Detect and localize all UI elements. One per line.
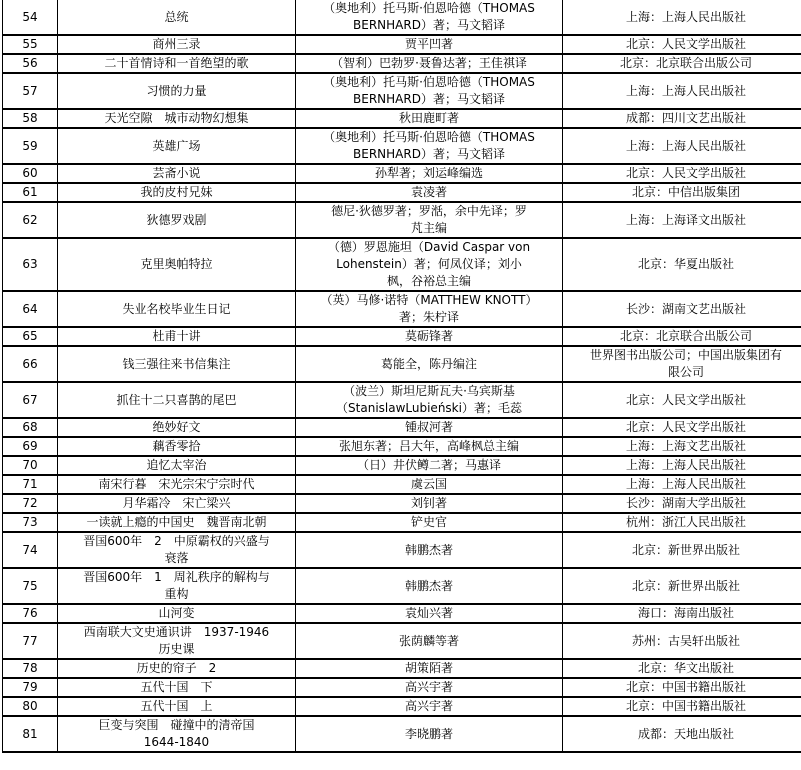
title-cell[interactable]: 五代十国 下 [58, 678, 296, 697]
publisher-cell[interactable]: 北京：人民文学出版社 [563, 35, 801, 54]
publisher-cell[interactable]: 上海：上海人民出版社 [563, 128, 801, 164]
author-cell[interactable]: 韩鹏杰著 [296, 532, 563, 568]
table-row: 76山河变袁灿兴著海口：海南出版社 [3, 604, 801, 623]
row-number-cell[interactable]: 68 [3, 418, 58, 437]
title-cell[interactable]: 晋国600年 1 周礼秩序的解构与 重构 [58, 568, 296, 604]
book-list-table: 54总统（奥地利）托马斯·伯恩哈德（THOMAS BERNHARD）著；马文韬译… [2, 0, 801, 753]
publisher-cell[interactable]: 上海：上海译文出版社 [563, 202, 801, 238]
author-cell[interactable]: （奥地利）托马斯·伯恩哈德（THOMAS BERNHARD）著；马文韬译 [296, 0, 563, 35]
title-cell[interactable]: 西南联大文史通识讲 1937-1946 历史课 [58, 623, 296, 659]
table-row: 68绝妙好文锺叔河著北京：人民文学出版社 [3, 418, 801, 437]
author-cell[interactable]: 虞云国 [296, 475, 563, 494]
table-row: 54总统（奥地利）托马斯·伯恩哈德（THOMAS BERNHARD）著；马文韬译… [3, 0, 801, 35]
author-cell[interactable]: 高兴宇著 [296, 697, 563, 716]
table-row: 77西南联大文史通识讲 1937-1946 历史课张荫麟等著苏州：古吴轩出版社 [3, 623, 801, 659]
publisher-cell[interactable]: 上海：上海人民出版社 [563, 475, 801, 494]
publisher-cell[interactable]: 上海：上海人民出版社 [563, 456, 801, 475]
author-cell[interactable]: （奥地利）托马斯·伯恩哈德（THOMAS BERNHARD）著；马文韬译 [296, 73, 563, 109]
author-cell[interactable]: 张荫麟等著 [296, 623, 563, 659]
table-row: 65杜甫十讲莫砺锋著北京：北京联合出版公司 [3, 327, 801, 346]
table-row: 79五代十国 下高兴宇著北京：中国书籍出版社 [3, 678, 801, 697]
title-cell[interactable]: 狄德罗戏剧 [58, 202, 296, 238]
title-cell[interactable]: 二十首情诗和一首绝望的歌 [58, 54, 296, 73]
row-number-cell[interactable]: 62 [3, 202, 58, 238]
title-cell[interactable]: 晋国600年 2 中原霸权的兴盛与 衰落 [58, 532, 296, 568]
row-number-cell[interactable]: 66 [3, 346, 58, 382]
table-row: 81巨变与突围 碰撞中的清帝国 1644-1840李晓鹏著成都：天地出版社 [3, 716, 801, 752]
title-cell[interactable]: 商州三录 [58, 35, 296, 54]
author-cell[interactable]: 刘钊著 [296, 494, 563, 513]
row-number-cell[interactable]: 67 [3, 382, 58, 418]
row-number-cell[interactable]: 75 [3, 568, 58, 604]
title-cell[interactable]: 杜甫十讲 [58, 327, 296, 346]
author-cell[interactable]: 韩鹏杰著 [296, 568, 563, 604]
publisher-cell[interactable]: 北京：中信出版集团 [563, 183, 801, 202]
title-cell[interactable]: 钱三强往来书信集注 [58, 346, 296, 382]
author-cell[interactable]: 葛能全，陈丹编注 [296, 346, 563, 382]
title-cell[interactable]: 克里奥帕特拉 [58, 238, 296, 291]
table-row: 70追忆太宰治（日）井伏鳟二著；马惠译上海：上海人民出版社 [3, 456, 801, 475]
table-row: 61我的皮村兄妹袁凌著北京：中信出版集团 [3, 183, 801, 202]
author-cell[interactable]: 胡策陌著 [296, 659, 563, 678]
publisher-cell[interactable]: 上海：上海人民出版社 [563, 0, 801, 35]
row-number-cell[interactable]: 59 [3, 128, 58, 164]
title-cell[interactable]: 追忆太宰治 [58, 456, 296, 475]
title-cell[interactable]: 失业名校毕业生日记 [58, 291, 296, 327]
row-number-cell[interactable]: 58 [3, 109, 58, 128]
row-number-cell[interactable]: 64 [3, 291, 58, 327]
publisher-cell[interactable]: 长沙：湖南文艺出版社 [563, 291, 801, 327]
table-row: 56二十首情诗和一首绝望的歌（智利）巴勃罗·聂鲁达著；王佳祺译北京：北京联合出版… [3, 54, 801, 73]
row-number-cell[interactable]: 76 [3, 604, 58, 623]
title-cell[interactable]: 抓住十二只喜鹊的尾巴 [58, 382, 296, 418]
publisher-cell[interactable]: 北京：人民文学出版社 [563, 164, 801, 183]
publisher-cell[interactable]: 上海：上海人民出版社 [563, 73, 801, 109]
publisher-cell[interactable]: 北京：北京联合出版公司 [563, 327, 801, 346]
row-number-cell[interactable]: 65 [3, 327, 58, 346]
table-row: 66钱三强往来书信集注葛能全，陈丹编注世界图书出版公司；中国出版集团有 限公司 [3, 346, 801, 382]
publisher-cell[interactable]: 北京：华夏出版社 [563, 238, 801, 291]
row-number-cell[interactable]: 72 [3, 494, 58, 513]
author-cell[interactable]: 贾平凹著 [296, 35, 563, 54]
publisher-cell[interactable]: 北京：中国书籍出版社 [563, 697, 801, 716]
row-number-cell[interactable]: 79 [3, 678, 58, 697]
table-row: 58天光空隙 城市动物幻想集秋田鹿町著成都：四川文艺出版社 [3, 109, 801, 128]
table-row: 69藕香零拾张旭东著；吕大年，高峰枫总主编上海：上海文艺出版社 [3, 437, 801, 456]
author-cell[interactable]: 莫砺锋著 [296, 327, 563, 346]
title-cell[interactable]: 绝妙好文 [58, 418, 296, 437]
row-number-cell[interactable]: 73 [3, 513, 58, 532]
title-cell[interactable]: 巨变与突围 碰撞中的清帝国 1644-1840 [58, 716, 296, 752]
row-number-cell[interactable]: 63 [3, 238, 58, 291]
author-cell[interactable]: 李晓鹏著 [296, 716, 563, 752]
publisher-cell[interactable]: 世界图书出版公司；中国出版集团有 限公司 [563, 346, 801, 382]
publisher-cell[interactable]: 北京：华文出版社 [563, 659, 801, 678]
publisher-cell[interactable]: 苏州：古吴轩出版社 [563, 623, 801, 659]
title-cell[interactable]: 山河变 [58, 604, 296, 623]
title-cell[interactable]: 习惯的力量 [58, 73, 296, 109]
author-cell[interactable]: 孙犁著；刘运峰编选 [296, 164, 563, 183]
table-row: 67抓住十二只喜鹊的尾巴（波兰）斯坦尼斯瓦夫·乌宾斯基 （StanislawLu… [3, 382, 801, 418]
author-cell[interactable]: （德）罗恩施坦（David Caspar von Lohenstein）著；何凤… [296, 238, 563, 291]
author-cell[interactable]: 张旭东著；吕大年，高峰枫总主编 [296, 437, 563, 456]
author-cell[interactable]: 袁灿兴著 [296, 604, 563, 623]
row-number-cell[interactable]: 61 [3, 183, 58, 202]
row-number-cell[interactable]: 77 [3, 623, 58, 659]
table-row: 72月华霜冷 宋亡梁兴刘钊著长沙：湖南大学出版社 [3, 494, 801, 513]
table-row: 57习惯的力量（奥地利）托马斯·伯恩哈德（THOMAS BERNHARD）著；马… [3, 73, 801, 109]
author-cell[interactable]: （奥地利）托马斯·伯恩哈德（THOMAS BERNHARD）著；马文韬译 [296, 128, 563, 164]
author-cell[interactable]: （波兰）斯坦尼斯瓦夫·乌宾斯基 （StanislawLubieński）著；毛蕊 [296, 382, 563, 418]
author-cell[interactable]: 秋田鹿町著 [296, 109, 563, 128]
publisher-cell[interactable]: 北京：新世界出版社 [563, 532, 801, 568]
publisher-cell[interactable]: 北京：人民文学出版社 [563, 382, 801, 418]
title-cell[interactable]: 历史的帘子 2 [58, 659, 296, 678]
row-number-cell[interactable]: 78 [3, 659, 58, 678]
title-cell[interactable]: 英雄广场 [58, 128, 296, 164]
author-cell[interactable]: 袁凌著 [296, 183, 563, 202]
table-row: 63克里奥帕特拉（德）罗恩施坦（David Caspar von Lohenst… [3, 238, 801, 291]
author-cell[interactable]: 德尼·狄德罗著；罗湉，余中先译；罗 芃主编 [296, 202, 563, 238]
book-table-body: 54总统（奥地利）托马斯·伯恩哈德（THOMAS BERNHARD）著；马文韬译… [3, 0, 801, 752]
row-number-cell[interactable]: 80 [3, 697, 58, 716]
publisher-cell[interactable]: 北京：人民文学出版社 [563, 418, 801, 437]
table-row: 75晋国600年 1 周礼秩序的解构与 重构韩鹏杰著北京：新世界出版社 [3, 568, 801, 604]
row-number-cell[interactable]: 69 [3, 437, 58, 456]
table-row: 55商州三录贾平凹著北京：人民文学出版社 [3, 35, 801, 54]
title-cell[interactable]: 一读就上瘾的中国史 魏晋南北朝 [58, 513, 296, 532]
row-number-cell[interactable]: 57 [3, 73, 58, 109]
author-cell[interactable]: （智利）巴勃罗·聂鲁达著；王佳祺译 [296, 54, 563, 73]
title-cell[interactable]: 五代十国 上 [58, 697, 296, 716]
table-row: 60芸斋小说孙犁著；刘运峰编选北京：人民文学出版社 [3, 164, 801, 183]
title-cell[interactable]: 月华霜冷 宋亡梁兴 [58, 494, 296, 513]
row-number-cell[interactable]: 71 [3, 475, 58, 494]
title-cell[interactable]: 我的皮村兄妹 [58, 183, 296, 202]
author-cell[interactable]: 锺叔河著 [296, 418, 563, 437]
title-cell[interactable]: 总统 [58, 0, 296, 35]
table-row: 64失业名校毕业生日记（英）马修·诺特（MATTHEW KNOTT） 著；朱柠译… [3, 291, 801, 327]
row-number-cell[interactable]: 54 [3, 0, 58, 35]
publisher-cell[interactable]: 北京：北京联合出版公司 [563, 54, 801, 73]
author-cell[interactable]: （英）马修·诺特（MATTHEW KNOTT） 著；朱柠译 [296, 291, 563, 327]
table-row: 62狄德罗戏剧德尼·狄德罗著；罗湉，余中先译；罗 芃主编上海：上海译文出版社 [3, 202, 801, 238]
publisher-cell[interactable]: 成都：天地出版社 [563, 716, 801, 752]
title-cell[interactable]: 南宋行暮 宋光宗宋宁宗时代 [58, 475, 296, 494]
publisher-cell[interactable]: 杭州：浙江人民出版社 [563, 513, 801, 532]
publisher-cell[interactable]: 北京：新世界出版社 [563, 568, 801, 604]
row-number-cell[interactable]: 81 [3, 716, 58, 752]
publisher-cell[interactable]: 长沙：湖南大学出版社 [563, 494, 801, 513]
table-row: 74晋国600年 2 中原霸权的兴盛与 衰落韩鹏杰著北京：新世界出版社 [3, 532, 801, 568]
row-number-cell[interactable]: 74 [3, 532, 58, 568]
title-cell[interactable]: 芸斋小说 [58, 164, 296, 183]
publisher-cell[interactable]: 海口：海南出版社 [563, 604, 801, 623]
table-row: 73一读就上瘾的中国史 魏晋南北朝铲史官杭州：浙江人民出版社 [3, 513, 801, 532]
publisher-cell[interactable]: 北京：中国书籍出版社 [563, 678, 801, 697]
row-number-cell[interactable]: 55 [3, 35, 58, 54]
title-cell[interactable]: 天光空隙 城市动物幻想集 [58, 109, 296, 128]
author-cell[interactable]: 高兴宇著 [296, 678, 563, 697]
table-row: 59英雄广场（奥地利）托马斯·伯恩哈德（THOMAS BERNHARD）著；马文… [3, 128, 801, 164]
spreadsheet-region: 54总统（奥地利）托马斯·伯恩哈德（THOMAS BERNHARD）著；马文韬译… [0, 0, 801, 770]
row-number-cell[interactable]: 56 [3, 54, 58, 73]
table-row: 78历史的帘子 2胡策陌著北京：华文出版社 [3, 659, 801, 678]
row-number-cell[interactable]: 60 [3, 164, 58, 183]
table-row: 80五代十国 上高兴宇著北京：中国书籍出版社 [3, 697, 801, 716]
publisher-cell[interactable]: 上海：上海文艺出版社 [563, 437, 801, 456]
table-row: 71南宋行暮 宋光宗宋宁宗时代虞云国上海：上海人民出版社 [3, 475, 801, 494]
author-cell[interactable]: （日）井伏鳟二著；马惠译 [296, 456, 563, 475]
author-cell[interactable]: 铲史官 [296, 513, 563, 532]
title-cell[interactable]: 藕香零拾 [58, 437, 296, 456]
row-number-cell[interactable]: 70 [3, 456, 58, 475]
publisher-cell[interactable]: 成都：四川文艺出版社 [563, 109, 801, 128]
